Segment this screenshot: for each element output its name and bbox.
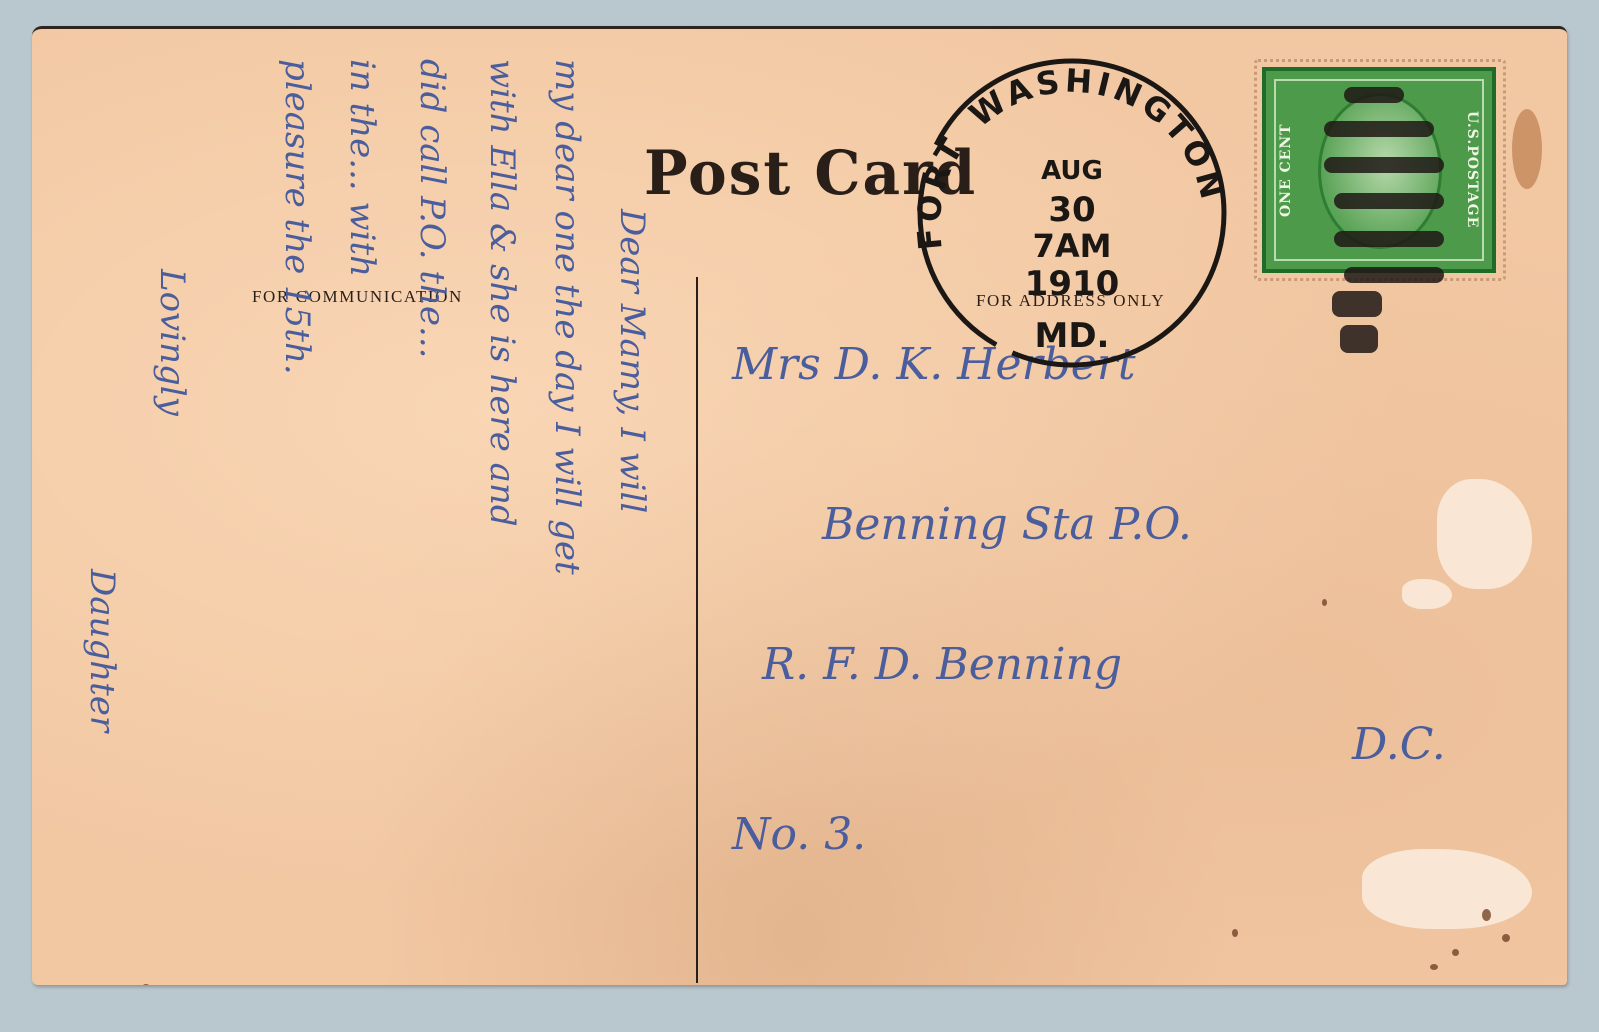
postcard-back: Post Card FOR COMMUNICATION FOR ADDRESS … [32,26,1567,985]
foxing-spot [1482,909,1491,921]
postmark-year: 1910 [1025,264,1120,304]
foxing-spot [142,984,150,985]
stamp-denomination: ONE CENT [1278,85,1306,255]
cancel-mark [1324,121,1434,137]
stamp-country: U.S.POSTAGE [1452,85,1480,255]
cancel-mark [1344,87,1404,103]
paper-wear [1437,479,1532,589]
message-line: Daughter [82,569,122,732]
message-line: did call P.O. the... [412,59,452,358]
postmark-state: MD. [1035,316,1110,356]
paper-wear [1402,579,1452,609]
postmark-prefix: FORT [909,129,972,252]
foxing-spot [1322,599,1327,606]
center-divider [696,277,698,983]
postmark-day: 30 [1048,190,1095,230]
cancel-mark [1334,193,1444,209]
message-line: pleasure the 15th. [277,59,317,375]
address-line: Benning Sta P.O. [822,499,1192,550]
message-line: in the... with [342,59,382,277]
message-line: my dear one the day I will get [547,59,587,575]
postmark-time: 7AM [1033,227,1112,265]
postmark-cancel: FORT WASHINGTON AUG 30 7AM 1910 MD. [908,49,1236,377]
postmark-month: AUG [1041,156,1103,186]
foxing-spot [1502,934,1510,942]
cancel-mark [1332,291,1382,317]
foxing-spot [1430,964,1438,970]
address-line: D.C. [1352,719,1446,770]
address-line: R. F. D. Benning [762,639,1122,690]
paper-wear [1362,849,1532,929]
cancel-mark [1340,325,1378,353]
postage-stamp: ONE CENT U.S.POSTAGE [1254,59,1506,281]
cancel-mark [1324,157,1444,173]
address-line: No. 3. [732,809,866,860]
cancel-mark [1344,267,1444,283]
message-line: Dear Mamy, I will [612,209,652,513]
foxing-spot [1452,949,1459,956]
foxing-spot [1232,929,1238,937]
stamp-stain [1512,109,1542,189]
cancel-mark [1334,231,1444,247]
message-line: Lovingly [152,269,192,416]
message-line: with Ella & she is here and [482,59,522,527]
